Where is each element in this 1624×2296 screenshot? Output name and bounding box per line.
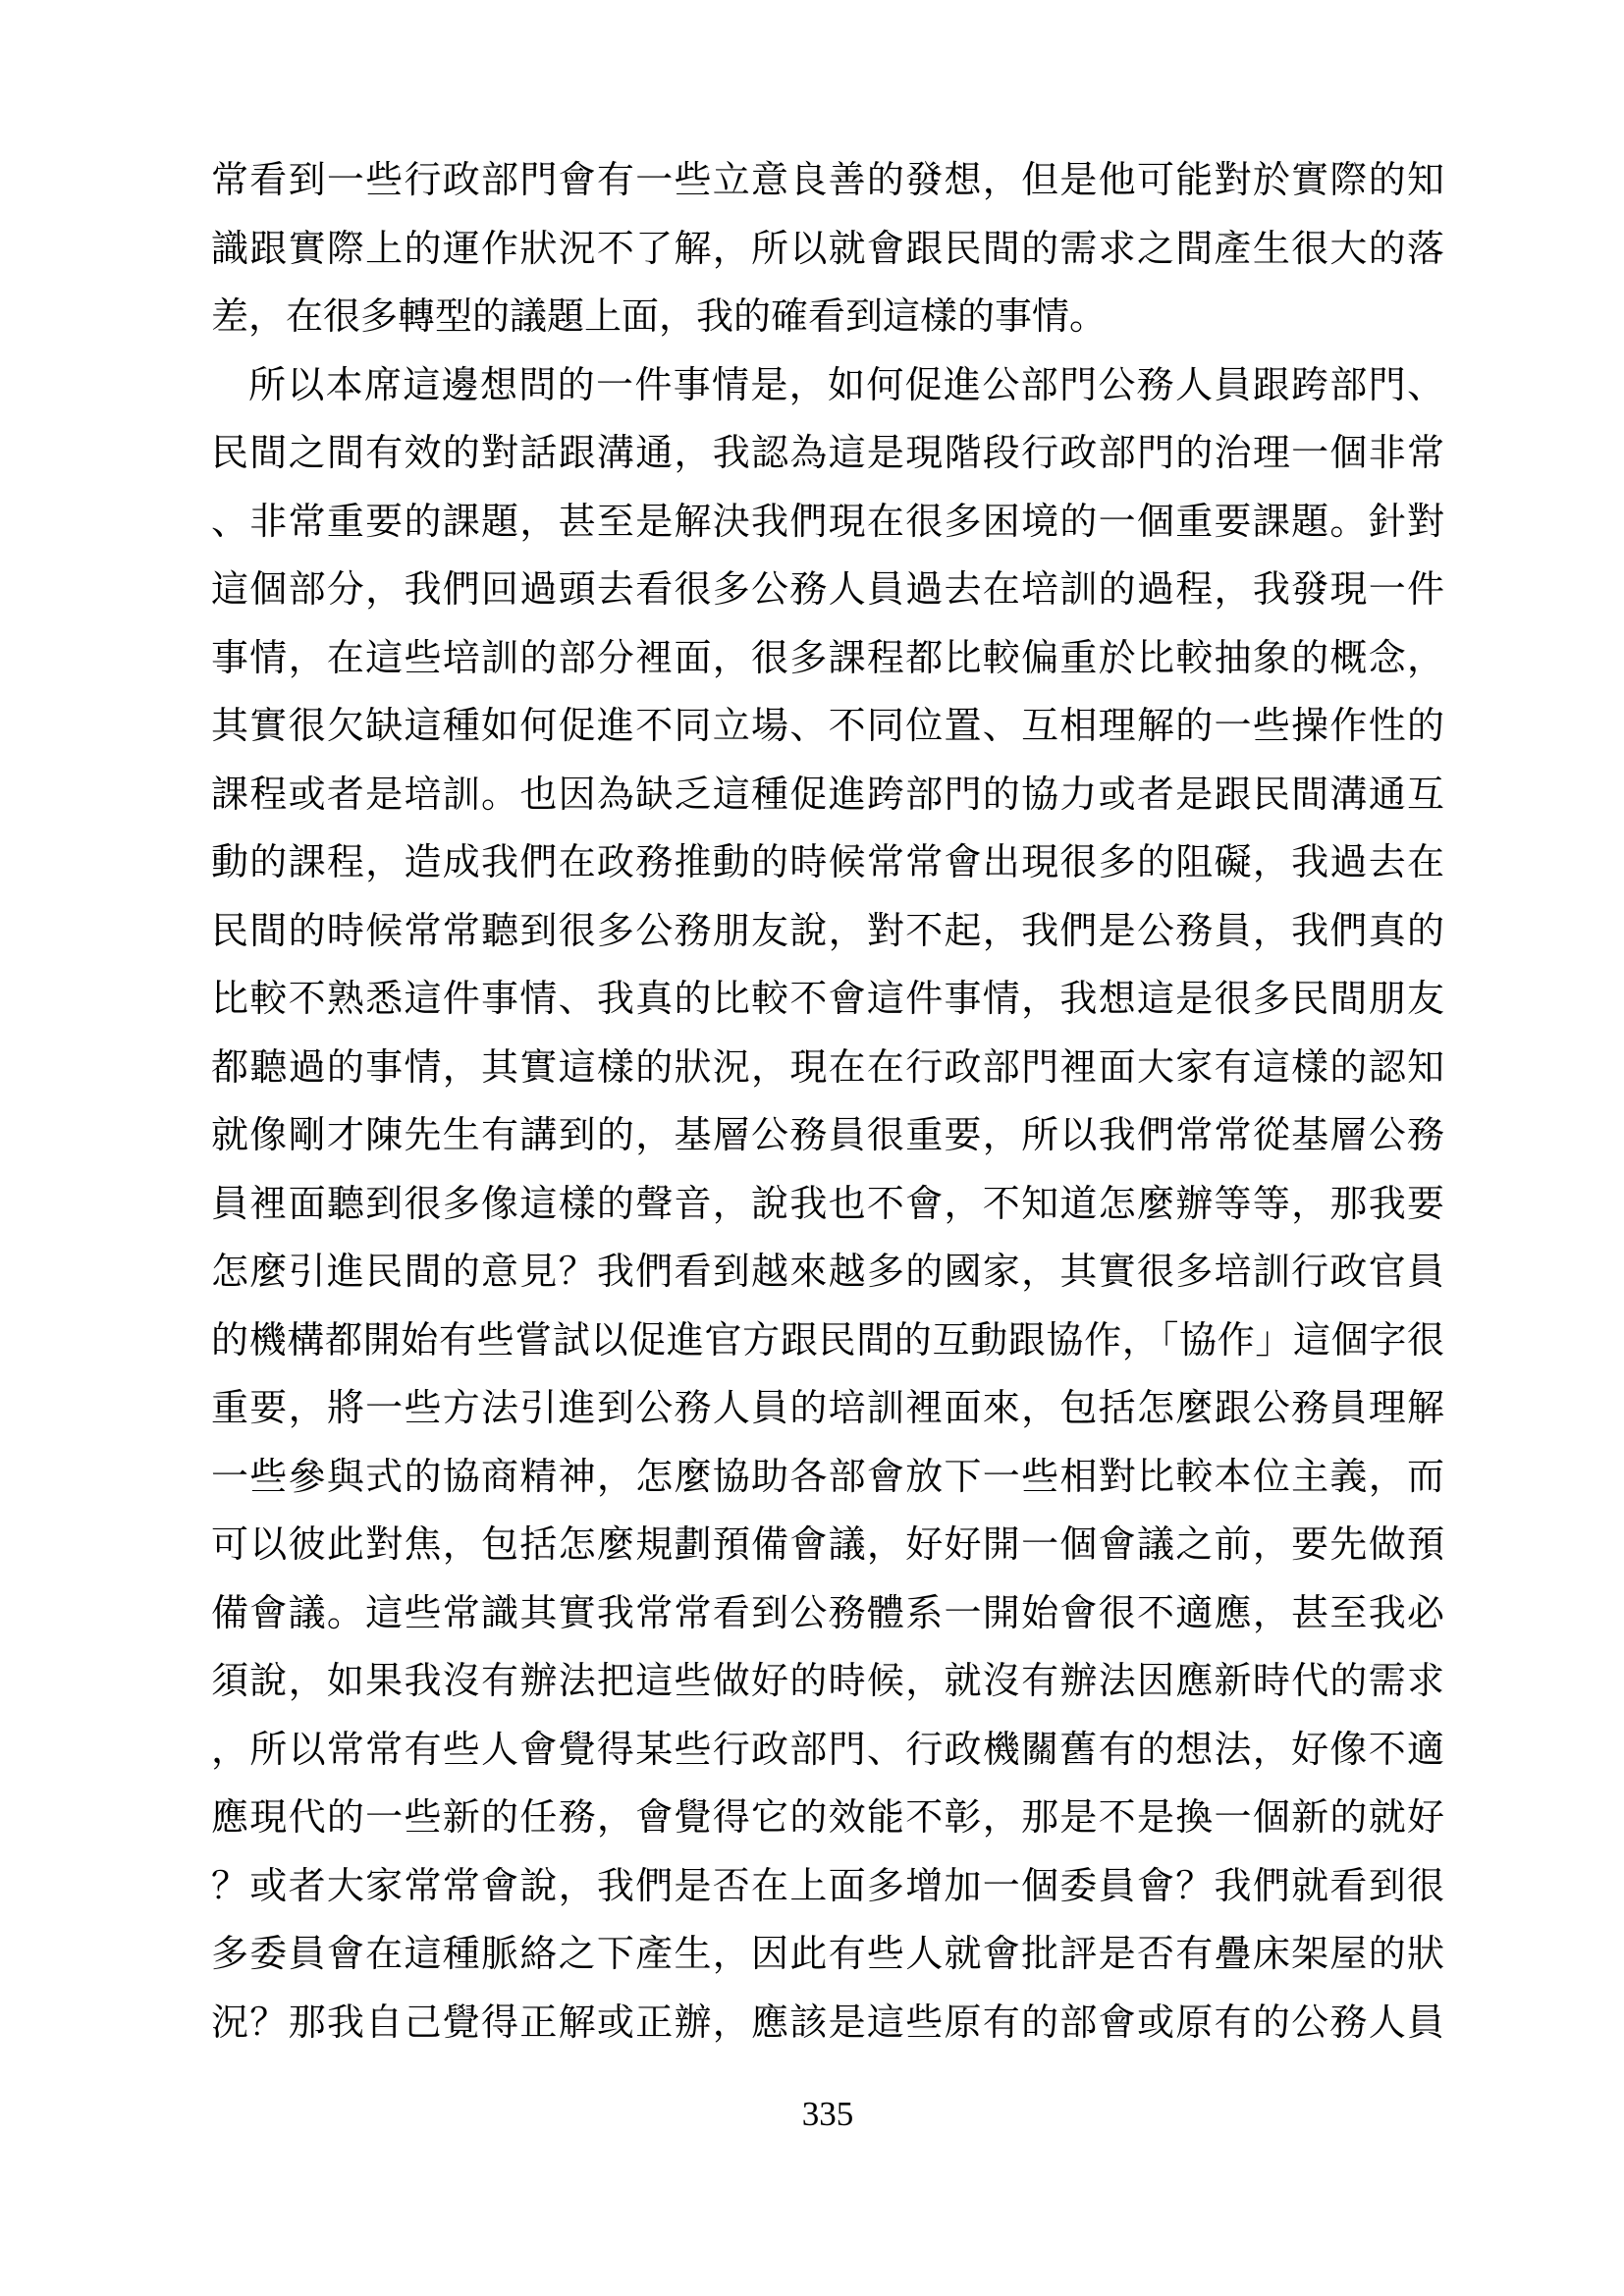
text-line: 動的課程，造成我們在政務推動的時候常常會出現很多的阻礙，我過去在	[211, 829, 1444, 898]
text-line: 應現代的一些新的任務，會覺得它的效能不彰，那是不是換一個新的就好	[211, 1785, 1444, 1853]
text-line: 差，在很多轉型的議題上面，我的確看到這樣的事情。	[211, 284, 1444, 352]
text-line: 其實很欠缺這種如何促進不同立場、不同位置、互相理解的一些操作性的	[211, 693, 1444, 762]
text-line: 民間的時候常常聽到很多公務朋友說，對不起，我們是公務員，我們真的	[211, 898, 1444, 967]
text-line: 多委員會在這種脈絡之下產生，因此有些人就會批評是否有疊床架屋的狀	[211, 1921, 1444, 1990]
text-line: 比較不熟悉這件事情、我真的比較不會這件事情，我想這是很多民間朋友	[211, 966, 1444, 1035]
text-line-paragraph-start: 所以本席這邊想問的一件事情是，如何促進公部門公務人員跟跨部門、	[211, 352, 1444, 421]
text-line: 民間之間有效的對話跟溝通，我認為這是現階段行政部門的治理一個非常	[211, 420, 1444, 489]
text-line: 一些參與式的協商精神，怎麼協助各部會放下一些相對比較本位主義，而	[211, 1444, 1444, 1513]
text-line: 況？那我自己覺得正解或正辦，應該是這些原有的部會或原有的公務人員	[211, 1990, 1444, 2058]
text-line: 識跟實際上的運作狀況不了解，所以就會跟民間的需求之間產生很大的落	[211, 216, 1444, 285]
text-line: 備會議。這些常識其實我常常看到公務體系一開始會很不適應，甚至我必	[211, 1580, 1444, 1649]
text-line: 常看到一些行政部門會有一些立意良善的發想，但是他可能對於實際的知	[211, 147, 1444, 216]
text-line: 的機構都開始有些嘗試以促進官方跟民間的互動跟協作，「協作」這個字很	[211, 1308, 1444, 1376]
text-line: ，所以常常有些人會覺得某些行政部門、行政機關舊有的想法，好像不適	[211, 1717, 1444, 1786]
transcript-text: 常看到一些行政部門會有一些立意良善的發想，但是他可能對於實際的知 識跟實際上的運…	[211, 147, 1444, 2057]
text-line: 、非常重要的課題，甚至是解決我們現在很多困境的一個重要課題。針對	[211, 489, 1444, 558]
text-line: 都聽過的事情，其實這樣的狀況，現在在行政部門裡面大家有這樣的認知	[211, 1035, 1444, 1103]
text-line: 可以彼此對焦，包括怎麼規劃預備會議，好好開一個會議之前，要先做預	[211, 1512, 1444, 1580]
text-line: ？或者大家常常會說，我們是否在上面多增加一個委員會？我們就看到很	[211, 1853, 1444, 1922]
text-line: 事情，在這些培訓的部分裡面，很多課程都比較偏重於比較抽象的概念，	[211, 625, 1444, 694]
text-line: 這個部分，我們回過頭去看很多公務人員過去在培訓的過程，我發現一件	[211, 557, 1444, 625]
text-line: 課程或者是培訓。也因為缺乏這種促進跨部門的協力或者是跟民間溝通互	[211, 762, 1444, 830]
document-page: 常看到一些行政部門會有一些立意良善的發想，但是他可能對於實際的知 識跟實際上的運…	[0, 0, 1624, 2296]
page-number: 335	[211, 2095, 1444, 2134]
text-line: 怎麼引進民間的意見？我們看到越來越多的國家，其實很多培訓行政官員	[211, 1239, 1444, 1308]
text-line: 就像剛才陳先生有講到的，基層公務員很重要，所以我們常常從基層公務	[211, 1102, 1444, 1171]
text-line: 員裡面聽到很多像這樣的聲音，說我也不會，不知道怎麼辦等等，那我要	[211, 1171, 1444, 1240]
text-line: 須說，如果我沒有辦法把這些做好的時候，就沒有辦法因應新時代的需求	[211, 1648, 1444, 1717]
text-line: 重要，將一些方法引進到公務人員的培訓裡面來，包括怎麼跟公務員理解	[211, 1375, 1444, 1444]
